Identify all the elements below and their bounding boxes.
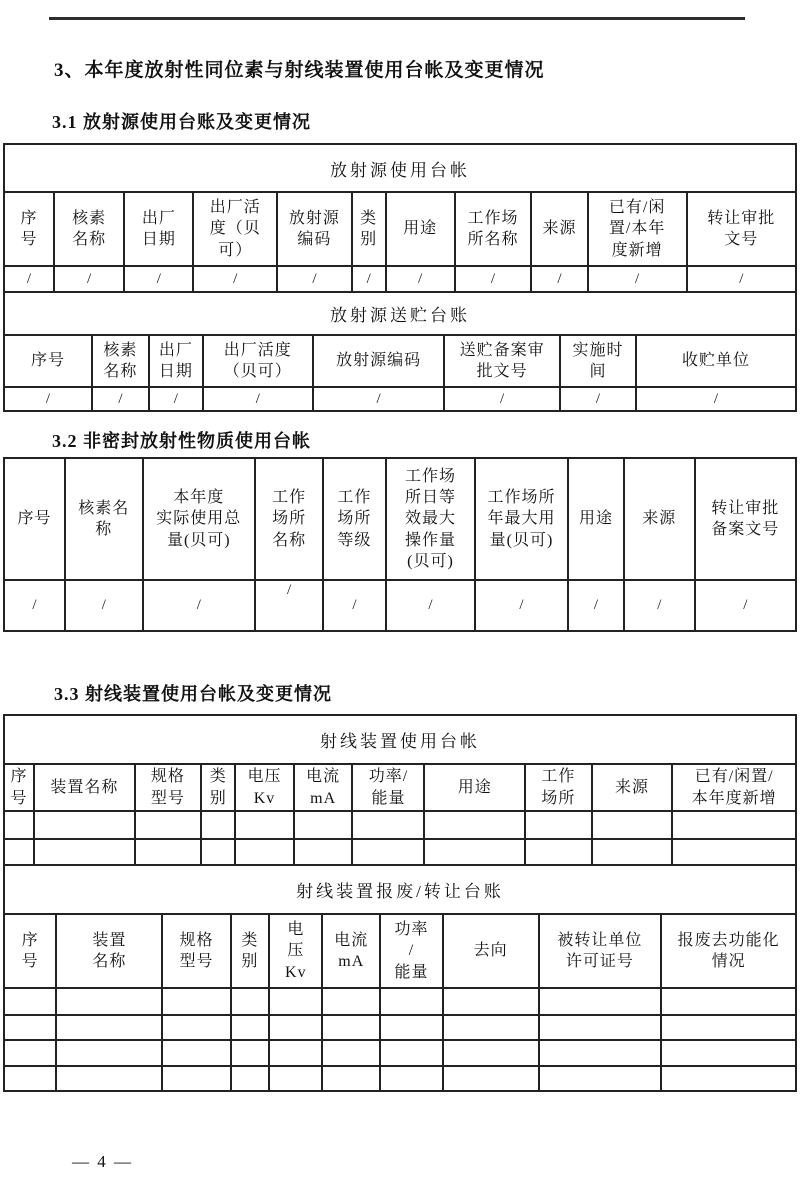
empty-cell [322,1040,380,1066]
cell: / [624,580,694,631]
column-header: 核素 名称 [54,192,124,266]
column-header: 送贮备案审 批文号 [444,335,560,387]
empty-cell [56,1066,162,1091]
column-header: 电流 mA [322,914,380,988]
cell: / [352,266,386,292]
empty-cell [162,988,230,1015]
header-row: 序 号 装置名称 规格 型号 类 别 电压 Kv 电流 mA 功率/ 能量 用途… [4,764,796,811]
empty-cell [380,1040,443,1066]
column-header: 出厂 日期 [124,192,193,266]
table-row: / / / / / / / / / / [4,580,796,631]
table-row: / / / / / / / / / / / [4,266,796,292]
empty-cell [4,988,56,1015]
empty-cell [672,811,796,839]
empty-cell [443,988,539,1015]
empty-cell [231,1066,270,1091]
cell: / [386,266,455,292]
cell: / [636,387,796,411]
empty-cell [56,988,162,1015]
cell: / [193,266,277,292]
column-header: 规格 型号 [162,914,230,988]
column-header: 转让审批 备案文号 [695,458,796,580]
empty-cell [235,811,294,839]
column-header: 来源 [531,192,587,266]
column-header: 电流 mA [294,764,353,811]
column-header: 工作场 所日等 效最大 操作量 (贝可) [386,458,475,580]
column-header: 报废去功能化 情况 [661,914,796,988]
cell: / [475,580,568,631]
empty-cell [269,1066,322,1091]
empty-cell [322,988,380,1015]
table-row [4,1040,796,1066]
column-header: 核素名 称 [65,458,143,580]
cell: / [4,387,92,411]
cell: / [455,266,532,292]
empty-cell [672,839,796,865]
column-header: 用途 [424,764,525,811]
section-heading-3-1: 3.1 放射源使用台账及变更情况 [52,110,800,134]
source-use-table: 放射源使用台帐 序 号 核素 名称 出厂 日期 出厂活 度（贝 可） 放射源 编… [3,143,797,293]
empty-cell [592,811,673,839]
column-header: 类 别 [231,914,270,988]
cell: / [92,387,149,411]
empty-cell [34,811,135,839]
table-title: 射线装置使用台帐 [4,715,796,764]
table-title-row: 放射源使用台帐 [4,144,796,192]
column-header: 规格 型号 [135,764,202,811]
empty-cell [525,811,592,839]
empty-cell [269,988,322,1015]
column-header: 类 别 [201,764,235,811]
section-heading-3-3: 3.3 射线装置使用台帐及变更情况 [54,682,800,706]
page-number: — 4 — [72,1152,800,1172]
empty-cell [201,811,235,839]
column-header: 转让审批 文号 [687,192,796,266]
empty-cell [269,1040,322,1066]
empty-cell [380,1015,443,1040]
empty-cell [352,811,424,839]
device-use-table: 射线装置使用台帐 序 号 装置名称 规格 型号 类 别 电压 Kv 电流 mA … [3,714,797,866]
cell: / [560,387,636,411]
cell: / [568,580,624,631]
cell: / [695,580,796,631]
table-title-row: 射线装置报废/转让台账 [4,865,796,914]
table-title-row: 放射源送贮台账 [4,292,796,335]
header-row: 序 号 核素 名称 出厂 日期 出厂活 度（贝 可） 放射源 编码 类 别 用途… [4,192,796,266]
header-row: 序 号 装置 名称 规格 型号 类 别 电 压 Kv 电流 mA 功率 / 能量… [4,914,796,988]
column-header: 装置名称 [34,764,135,811]
table-title: 放射源送贮台账 [4,292,796,335]
column-header: 电压 Kv [235,764,294,811]
empty-cell [135,839,202,865]
header-row: 序号 核素 名称 出厂 日期 出厂活度 （贝可） 放射源编码 送贮备案审 批文号… [4,335,796,387]
cell: / [386,580,475,631]
column-header: 工作 场所 等级 [323,458,386,580]
column-header: 工作 场所 [525,764,592,811]
empty-cell [661,1066,796,1091]
column-header: 收贮单位 [636,335,796,387]
empty-cell [539,1015,662,1040]
cell: / [687,266,796,292]
empty-cell [443,1066,539,1091]
empty-cell [525,839,592,865]
header-row: 序号 核素名 称 本年度 实际使用总 量(贝可) 工作 场所 名称 工作 场所 … [4,458,796,580]
empty-cell [235,839,294,865]
empty-cell [56,1040,162,1066]
column-header: 用途 [568,458,624,580]
table-row [4,988,796,1015]
cell: / [277,266,351,292]
empty-cell [56,1015,162,1040]
cell: / [531,266,587,292]
column-header: 来源 [624,458,694,580]
cell: / [65,580,143,631]
column-header: 出厂活度 （贝可） [203,335,313,387]
empty-cell [424,811,525,839]
cell: / [203,387,313,411]
empty-cell [661,1040,796,1066]
empty-cell [539,988,662,1015]
empty-cell [443,1015,539,1040]
empty-cell [231,1040,270,1066]
cell: / [124,266,193,292]
column-header: 序号 [4,335,92,387]
empty-cell [380,988,443,1015]
empty-cell [380,1066,443,1091]
column-header: 序号 [4,458,65,580]
cell: / [255,580,323,631]
cell: / [149,387,203,411]
column-header: 被转让单位 许可证号 [539,914,662,988]
empty-cell [294,811,353,839]
column-header: 用途 [386,192,455,266]
empty-cell [162,1040,230,1066]
cell: / [4,580,65,631]
column-header: 序 号 [4,192,54,266]
section-heading-3-2: 3.2 非密封放射性物质使用台帐 [52,429,800,453]
table-title: 放射源使用台帐 [4,144,796,192]
column-header: 放射源 编码 [277,192,351,266]
empty-cell [322,1066,380,1091]
cell: / [54,266,124,292]
column-header: 序 号 [4,914,56,988]
top-rule [49,17,745,20]
empty-cell [4,1015,56,1040]
column-header: 工作 场所 名称 [255,458,323,580]
table-title: 射线装置报废/转让台账 [4,865,796,914]
column-header: 功率 / 能量 [380,914,443,988]
empty-cell [4,1066,56,1091]
table-title-row: 射线装置使用台帐 [4,715,796,764]
empty-cell [231,1015,270,1040]
empty-cell [162,1066,230,1091]
table-row [4,839,796,865]
empty-cell [201,839,235,865]
column-header: 核素 名称 [92,335,149,387]
column-header: 序 号 [4,764,34,811]
cell: / [313,387,444,411]
column-header: 工作场所 年最大用 量(贝可) [475,458,568,580]
table-row [4,1015,796,1040]
empty-cell [4,811,34,839]
empty-cell [661,1015,796,1040]
column-header: 来源 [592,764,673,811]
empty-cell [231,988,270,1015]
column-header: 电 压 Kv [269,914,322,988]
empty-cell [34,839,135,865]
column-header: 出厂活 度（贝 可） [193,192,277,266]
column-header: 已有/闲置/ 本年度新增 [672,764,796,811]
empty-cell [661,988,796,1015]
empty-cell [352,839,424,865]
empty-cell [4,839,34,865]
cell: / [444,387,560,411]
column-header: 类 别 [352,192,386,266]
column-header: 装置 名称 [56,914,162,988]
empty-cell [592,839,673,865]
column-header: 放射源编码 [313,335,444,387]
unsealed-use-table: 序号 核素名 称 本年度 实际使用总 量(贝可) 工作 场所 名称 工作 场所 … [3,457,797,632]
empty-cell [4,1040,56,1066]
empty-cell [294,839,353,865]
column-header: 已有/闲 置/本年 度新增 [588,192,687,266]
empty-cell [424,839,525,865]
column-header: 去向 [443,914,539,988]
device-scrap-table: 射线装置报废/转让台账 序 号 装置 名称 规格 型号 类 别 电 压 Kv 电… [3,864,797,1092]
empty-cell [443,1040,539,1066]
table-row: / / / / / / / / [4,387,796,411]
column-header: 本年度 实际使用总 量(贝可) [143,458,255,580]
cell: / [588,266,687,292]
source-storage-table: 放射源送贮台账 序号 核素 名称 出厂 日期 出厂活度 （贝可） 放射源编码 送… [3,291,797,412]
cell: / [143,580,255,631]
column-header: 工作场 所名称 [455,192,532,266]
empty-cell [135,811,202,839]
empty-cell [269,1015,322,1040]
empty-cell [162,1015,230,1040]
empty-cell [539,1040,662,1066]
column-header: 实施时 间 [560,335,636,387]
empty-cell [539,1066,662,1091]
column-header: 功率/ 能量 [352,764,424,811]
page-title: 3、本年度放射性同位素与射线装置使用台帐及变更情况 [54,58,800,83]
cell: / [4,266,54,292]
empty-cell [322,1015,380,1040]
cell: / [323,580,386,631]
column-header: 出厂 日期 [149,335,203,387]
table-row [4,1066,796,1091]
table-row [4,811,796,839]
